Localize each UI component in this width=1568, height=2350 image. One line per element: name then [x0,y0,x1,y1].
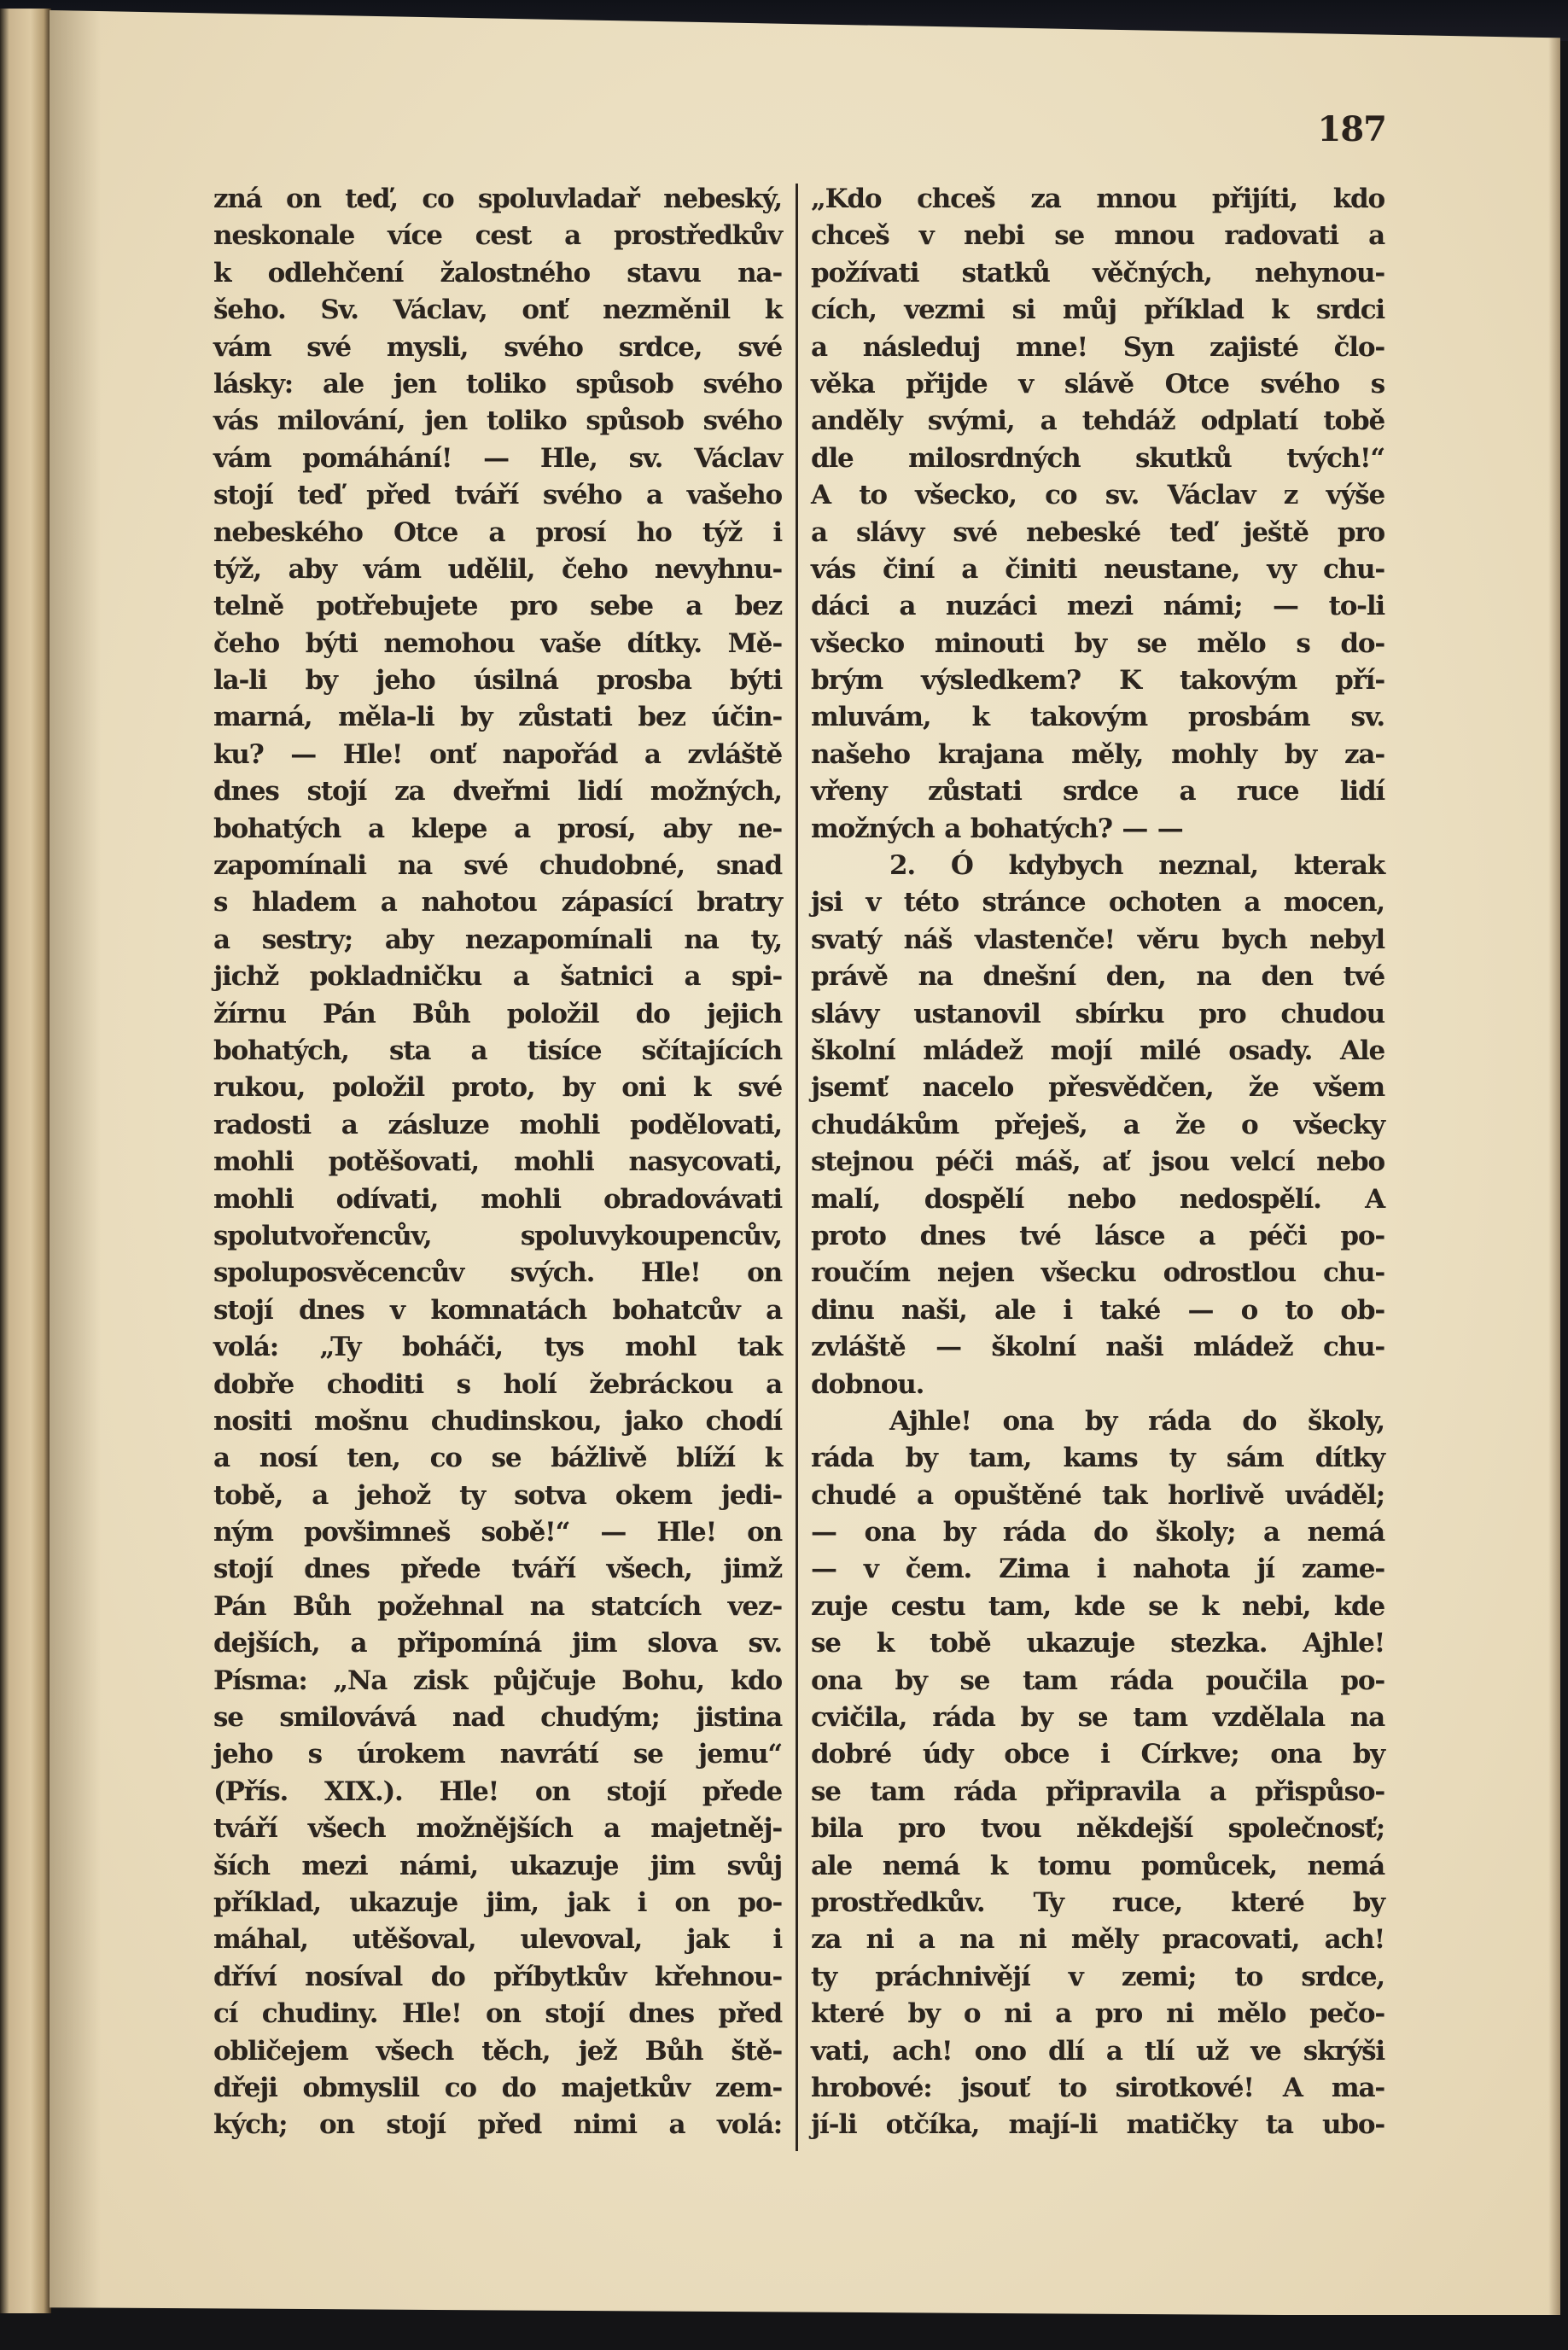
text-line: a nosí ten, co se bážlivě blíží k [213,1440,782,1477]
text-line: ráda by tam, kams ty sám dítky [811,1440,1384,1477]
text-line: nebeského Otce a prosí ho týž i [213,515,782,551]
text-line: stojí dnes v komnatách bohatcův a [213,1292,782,1329]
text-line: příklad, ukazuje jim, jak i on po- [213,1885,782,1921]
page-number: 187 [1314,109,1386,149]
text-line: zná on teď, co spoluvladař nebeský, [213,181,782,218]
text-line: — v čem. Zima i nahota jí zame- [811,1551,1384,1588]
text-line: dinu naši, ale i také — o to ob- [811,1292,1384,1329]
text-line: zvláště — školní naši mládež chu- [811,1329,1384,1366]
text-line: vřeny zůstati srdce a ruce lidí [811,773,1384,810]
text-line: zapomínali na své chudobné, snad [213,848,782,884]
column-divider [796,184,798,2151]
text-line: dnes stojí za dveřmi lidí možných, [213,773,782,810]
text-line: malí, dospělí nebo nedospělí. A [811,1181,1384,1218]
text-line: mluvám, k takovým prosbám sv. [811,699,1384,736]
text-line: dobnou. [811,1367,1384,1403]
text-line: chudákům přeješ, a že o všecky [811,1107,1384,1144]
left-text-column: zná on teď, co spoluvladař nebeský, nesk… [213,181,782,2144]
text-line: anděly svými, a tehdáž odplatí tobě [811,403,1384,440]
text-line: obličejem všech těch, jež Bůh ště- [213,2033,782,2070]
text-line: roučím nejen všecku odrostlou chu- [811,1255,1384,1292]
text-line: žírnu Pán Bůh položil do jejich [213,996,782,1033]
text-line: máhal, utěšoval, ulevoval, jak i [213,1921,782,1958]
text-line: telně potřebujete pro sebe a bez [213,588,782,625]
text-line: za ni a na ni měly pracovati, ach! [811,1921,1384,1958]
text-line: se tam ráda připravila a přispůso- [811,1774,1384,1811]
paragraph-start-line: Ajhle! ona by ráda do školy, [811,1403,1384,1440]
text-line: právě na dnešní den, na den tvé [811,959,1384,995]
text-line: všecko minouti by se mělo s do- [811,626,1384,662]
text-line: dle milosrdných skutků tvých!“ [811,440,1384,477]
text-line: jsi v této stránce ochoten a mocen, [811,884,1384,921]
text-line: cvičila, ráda by se tam vzdělala na [811,1700,1384,1736]
text-line: jichž pokladničku a šatnici a spi- [213,959,782,995]
text-line: stejnou péči máš, ať jsou velcí nebo [811,1144,1384,1181]
text-line: hrobové: jsouť to sirotkové! A ma- [811,2070,1384,2107]
text-line: volá: „Ty boháči, tys mohl tak [213,1329,782,1366]
text-line: a následuj mne! Syn zajisté člo- [811,329,1384,366]
text-line: dejších, a připomíná jim slova sv. [213,1625,782,1662]
text-line: chudé a opuštěné tak horlivě uváděl; [811,1478,1384,1514]
text-line: rukou, položil proto, by oni k své [213,1070,782,1106]
text-line: ty práchnivějí v zemi; to srdce, [811,1959,1384,1996]
text-line: dobré údy obce i Církve; ona by [811,1736,1384,1773]
text-line: školní mládež mojí milé osady. Ale [811,1033,1384,1070]
text-line: cí chudiny. Hle! on stojí dnes před [213,1996,782,2032]
text-line: spoluposvěcencův svých. Hle! on [213,1255,782,1292]
text-line: které by o ni a pro ni mělo pečo- [811,1996,1384,2032]
text-line: se k tobě ukazuje stezka. Ajhle! [811,1625,1384,1662]
text-line: dáci a nuzáci mezi námi; — to-li [811,588,1384,625]
text-line: radosti a zásluze mohli podělovati, [213,1107,782,1144]
text-line: kých; on stojí před nimi a volá: [213,2107,782,2143]
text-line: cích, vezmi si můj příklad k srdci [811,292,1384,329]
text-line: dříví nosíval do příbytkův křehnou- [213,1959,782,1996]
text-line: ších mezi námi, ukazuje jim svůj [213,1848,782,1885]
text-line: la-li by jeho úsilná prosba býti [213,662,782,699]
text-line: A to všecko, co sv. Václav z výše [811,477,1384,514]
paragraph-start-line: 2. Ó kdybych neznal, kterak [811,848,1384,884]
previous-page-edge [0,9,51,2313]
text-line: jí-li otčíka, mají-li matičky ta ubo- [811,2107,1384,2143]
text-line: „Kdo chceš za mnou přijíti, kdo [811,181,1384,218]
text-line: neskonale více cest a prostředkův [213,218,782,254]
text-line: jeho s úrokem navrátí se jemu“ [213,1736,782,1773]
text-line: našeho krajana měly, mohly by za- [811,737,1384,773]
text-line: možných a bohatých? — — [811,811,1384,848]
text-line: (Přís. XIX.). Hle! on stojí přede [213,1774,782,1811]
text-line: týž, aby vám udělil, čeho nevyhnu- [213,551,782,588]
text-line: bila pro tvou někdejší společnosť; [811,1811,1384,1847]
text-line: požívati statků věčných, nehynou- [811,255,1384,292]
text-line: brým výsledkem? K takovým pří- [811,662,1384,699]
text-line: dřeji obmyslil co do majetkův zem- [213,2070,782,2107]
text-line: zuje cestu tam, kde se k nebi, kde [811,1589,1384,1625]
text-line: Pán Bůh požehnal na statcích vez- [213,1589,782,1625]
scanner-bottom-edge [0,2315,1568,2350]
text-line: vás činí a činiti neustane, vy chu- [811,551,1384,588]
text-line: šeho. Sv. Václav, onť nezměnil k [213,292,782,329]
text-line: vám pomáhání! — Hle, sv. Václav [213,440,782,477]
text-line: dobře choditi s holí žebráckou a [213,1367,782,1403]
text-line: vám své mysli, svého srdce, své [213,329,782,366]
text-line: spolutvořencův, spoluvykoupencův, [213,1218,782,1255]
text-line: nositi mošnu chudinskou, jako chodí [213,1403,782,1440]
text-line: čeho býti nemohou vaše dítky. Mě- [213,626,782,662]
text-line: bohatých a klepe a prosí, aby ne- [213,811,782,848]
text-line: věka přijde v slávě Otce svého s [811,366,1384,403]
text-line: Písma: „Na zisk půjčuje Bohu, kdo [213,1663,782,1700]
text-line: lásky: ale jen toliko spůsob svého [213,366,782,403]
text-line: vati, ach! ono dlí a tlí už ve skrýši [811,2033,1384,2070]
text-line: k odlehčení žalostného stavu na- [213,255,782,292]
text-line: se smilovává nad chudým; jistina [213,1700,782,1736]
text-line: mohli potěšovati, mohli nasycovati, [213,1144,782,1181]
text-line: ona by se tam ráda poučila po- [811,1663,1384,1700]
text-line: vás milování, jen toliko spůsob svého [213,403,782,440]
text-line: svatý náš vlastenče! věru bych nebyl [811,922,1384,959]
text-line: jsemť nacelo přesvědčen, že všem [811,1070,1384,1106]
text-line: ku? — Hle! onť napořád a zvláště [213,737,782,773]
text-line: marná, měla-li by zůstati bez účin- [213,699,782,736]
text-line: ným povšimneš sobě!“ — Hle! on [213,1514,782,1551]
text-line: tváří všech možnějších a majetněj- [213,1811,782,1847]
text-line: bohatých, sta a tisíce sčítajících [213,1033,782,1070]
text-line: stojí dnes přede tváří všech, jimž [213,1551,782,1588]
text-line: a sestry; aby nezapomínali na ty, [213,922,782,959]
text-line: ale nemá k tomu pomůcek, nemá [811,1848,1384,1885]
text-line: s hladem a nahotou zápasící bratry [213,884,782,921]
text-line: — ona by ráda do školy; a nemá [811,1514,1384,1551]
text-line: proto dnes tvé lásce a péči po- [811,1218,1384,1255]
text-line: prostředkův. Ty ruce, které by [811,1885,1384,1921]
text-line: a slávy své nebeské teď ještě pro [811,515,1384,551]
text-line: tobě, a jehož ty sotva okem jedi- [213,1478,782,1514]
text-line: stojí teď před tváří svého a vašeho [213,477,782,514]
text-line: mohli odívati, mohli obradovávati [213,1181,782,1218]
text-line: slávy ustanovil sbírku pro chudou [811,996,1384,1033]
right-text-column: „Kdo chceš za mnou přijíti, kdo chceš v … [811,181,1384,2144]
text-line: chceš v nebi se mnou radovati a [811,218,1384,254]
